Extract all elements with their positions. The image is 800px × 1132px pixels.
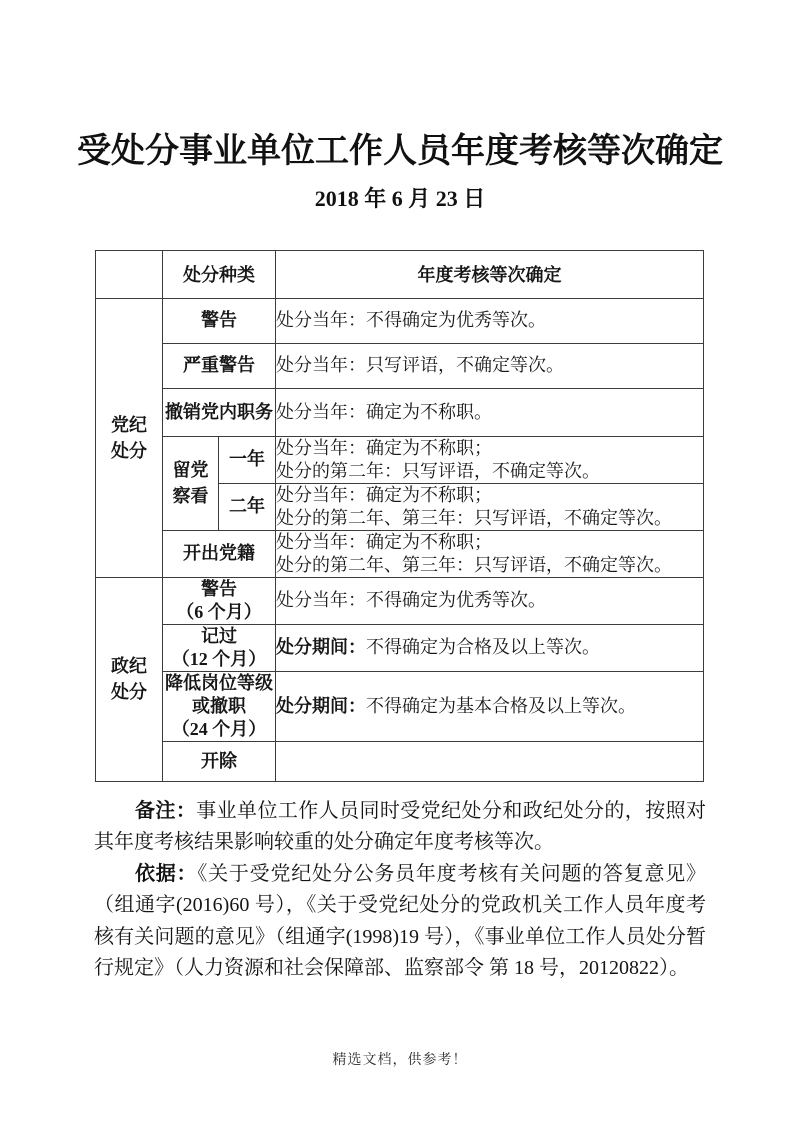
type-cell-jinggao6: 警告 （6 个月） (163, 577, 276, 624)
type-cell-kaichudangji: 开出党籍 (163, 530, 276, 577)
result-cell-jiguo: 处分期间：不得确定为合格及以上等次。 (276, 624, 704, 671)
page-footer: 精选文档，供参考！ (0, 1049, 800, 1069)
table-row-yinian: 留党察看 一年 处分当年：确定为不称职； 处分的第二年：只写评语，不确定等次。 (96, 436, 704, 483)
basis-label: 依据： (135, 863, 197, 885)
type-cell-ernian: 二年 (219, 483, 276, 530)
header-type-col: 处分种类 (163, 250, 276, 298)
table-row-chexiao: 撤销党内职务 处分当年：确定为不称职。 (96, 388, 704, 436)
group-cell-party: 党纪处分 (96, 298, 163, 577)
result-cell-yinian: 处分当年：确定为不称职； 处分的第二年：只写评语，不确定等次。 (276, 436, 704, 483)
table-row-jinggao: 党纪处分 警告 处分当年：不得确定为优秀等次。 (96, 298, 704, 343)
header-result-col: 年度考核等次确定 (276, 250, 704, 298)
result-cell-ernian: 处分当年：确定为不称职； 处分的第二年、第三年：只写评语，不确定等次。 (276, 483, 704, 530)
table-row-jiguo: 记过 （12 个月） 处分期间：不得确定为合格及以上等次。 (96, 624, 704, 671)
group-admin-label: 政纪处分 (110, 653, 149, 705)
remark-label: 备注： (135, 800, 196, 822)
result-cell-kaichudangji: 处分当年：确定为不称职； 处分的第二年、第三年：只写评语，不确定等次。 (276, 530, 704, 577)
type-cell-chexiao: 撤销党内职务 (163, 388, 276, 436)
header-empty-cell (96, 250, 163, 298)
group-cell-admin: 政纪处分 (96, 577, 163, 781)
type-cell-liudang: 留党察看 (163, 436, 219, 530)
type-cell-kaichu: 开除 (163, 741, 276, 781)
basis-paragraph: 依据：《关于受党纪处分公务员年度考核有关问题的答复意见》（组通字(2016)60… (94, 859, 706, 985)
document-date: 2018 年 6 月 23 日 (0, 182, 800, 213)
footnotes: 备注：事业单位工作人员同时受党纪处分和政纪处分的，按照对其年度考核结果影响较重的… (0, 796, 800, 985)
type-cell-jinggao: 警告 (163, 298, 276, 343)
group-party-label: 党纪处分 (110, 412, 149, 464)
type-cell-yinian: 一年 (219, 436, 276, 483)
type-cell-jiangdi: 降低岗位等级 或撤职 （24 个月） (163, 671, 276, 741)
document-title: 受处分事业单位工作人员年度考核等次确定 (0, 0, 800, 173)
type-cell-jiguo: 记过 （12 个月） (163, 624, 276, 671)
table-row-jiangdi: 降低岗位等级 或撤职 （24 个月） 处分期间：不得确定为基本合格及以上等次。 (96, 671, 704, 741)
table-row-yanzhong: 严重警告 处分当年：只写评语，不确定等次。 (96, 343, 704, 388)
document-page: 受处分事业单位工作人员年度考核等次确定 2018 年 6 月 23 日 处分种类… (0, 0, 800, 1132)
table-row-kaichu: 开除 (96, 741, 704, 781)
liudang-label: 留党察看 (171, 457, 210, 509)
assessment-table: 处分种类 年度考核等次确定 党纪处分 警告 处分当年：不得确定为优秀等次。 严重… (95, 250, 704, 782)
remark-paragraph: 备注：事业单位工作人员同时受党纪处分和政纪处分的，按照对其年度考核结果影响较重的… (94, 796, 706, 859)
result-cell-jiangdi: 处分期间：不得确定为基本合格及以上等次。 (276, 671, 704, 741)
type-cell-yanzhong: 严重警告 (163, 343, 276, 388)
table-header-row: 处分种类 年度考核等次确定 (96, 250, 704, 298)
result-cell-kaichu (276, 741, 704, 781)
result-cell-jinggao6: 处分当年：不得确定为优秀等次。 (276, 577, 704, 624)
result-cell-chexiao: 处分当年：确定为不称职。 (276, 388, 704, 436)
table-row-jinggao6: 政纪处分 警告 （6 个月） 处分当年：不得确定为优秀等次。 (96, 577, 704, 624)
result-cell-yanzhong: 处分当年：只写评语，不确定等次。 (276, 343, 704, 388)
result-cell-jinggao: 处分当年：不得确定为优秀等次。 (276, 298, 704, 343)
table-row-kaichudangji: 开出党籍 处分当年：确定为不称职； 处分的第二年、第三年：只写评语，不确定等次。 (96, 530, 704, 577)
